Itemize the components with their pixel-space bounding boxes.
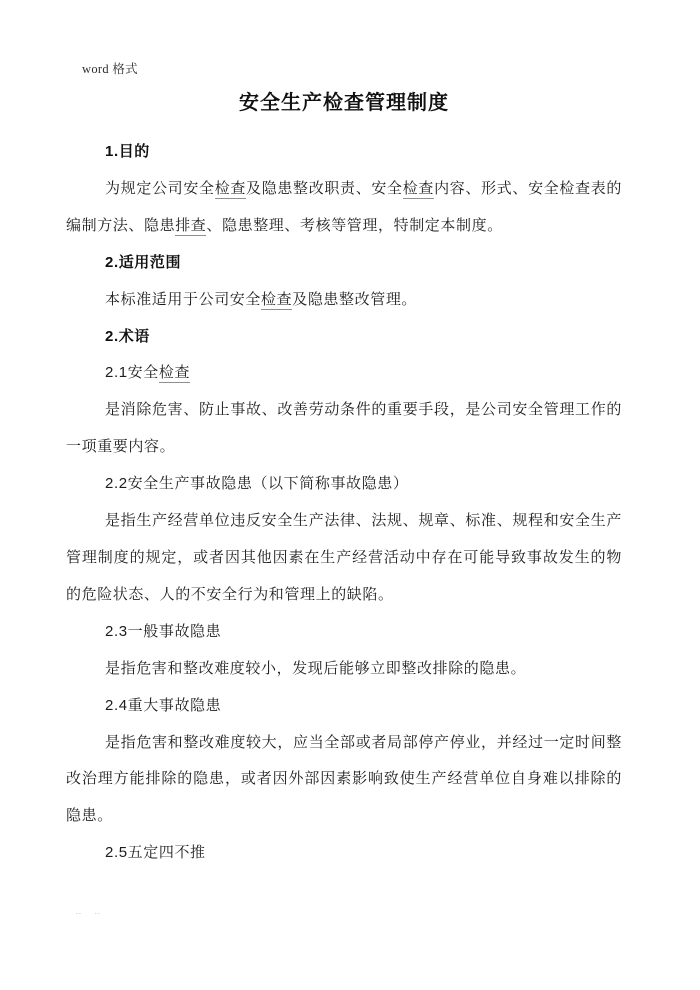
document-title: 安全生产检查管理制度 [66, 88, 622, 118]
text-segment: 2.1安全 [105, 364, 159, 381]
subheading-major-hazard: 2.4重大事故隐患 [66, 688, 622, 725]
underlined-term: 检查 [261, 291, 292, 310]
subheading-accident-hazard: 2.2安全生产事故隐患（以下简称事故隐患） [66, 466, 622, 503]
footer-mark: .. [95, 908, 101, 918]
subheading-five-four: 2.5五定四不推 [66, 835, 622, 872]
underlined-term: 检查 [159, 364, 190, 383]
document-content: 安全生产检查管理制度 1.目的 为规定公司安全检查及隐患整改职责、安全检查内容、… [0, 0, 700, 872]
paragraph-purpose: 为规定公司安全检查及隐患整改职责、安全检查内容、形式、安全检查表的编制方法、隐患… [66, 171, 622, 245]
document-page: word 格式 安全生产检查管理制度 1.目的 为规定公司安全检查及隐患整改职责… [0, 0, 700, 990]
document-body: 1.目的 为规定公司安全检查及隐患整改职责、安全检查内容、形式、安全检查表的编制… [66, 134, 622, 872]
text-segment: 及隐患整改管理。 [292, 291, 417, 308]
text-segment: 本标准适用于公司安全 [105, 291, 261, 308]
page-footer: .. .. [76, 908, 101, 918]
text-segment: 为规定公司安全 [105, 180, 215, 197]
paragraph-safety-inspection: 是消除危害、防止事故、改善劳动条件的重要手段，是公司安全管理工作的一项重要内容。 [66, 392, 622, 466]
text-segment: 、隐患整理、考核等管理，特制定本制度。 [206, 217, 502, 234]
watermark-text: word 格式 [82, 59, 138, 77]
text-segment: 及隐患整改职责、安全 [246, 180, 403, 197]
subheading-general-hazard: 2.3一般事故隐患 [66, 614, 622, 651]
heading-purpose: 1.目的 [66, 134, 622, 171]
underlined-term: 检查 [403, 180, 434, 199]
heading-terms: 2.术语 [66, 319, 622, 356]
subheading-safety-inspection: 2.1安全检查 [66, 355, 622, 392]
footer-mark: .. [76, 908, 82, 918]
underlined-term: 检查 [215, 180, 246, 199]
paragraph-accident-hazard: 是指生产经营单位违反安全生产法律、法规、规章、标准、规程和安全生产管理制度的规定… [66, 503, 622, 614]
paragraph-scope: 本标准适用于公司安全检查及隐患整改管理。 [66, 282, 622, 319]
underlined-term: 排查 [175, 217, 206, 236]
heading-scope: 2.适用范围 [66, 245, 622, 282]
paragraph-major-hazard: 是指危害和整改难度较大，应当全部或者局部停产停业，并经过一定时间整改治理方能排除… [66, 725, 622, 836]
paragraph-general-hazard: 是指危害和整改难度较小，发现后能够立即整改排除的隐患。 [66, 651, 622, 688]
